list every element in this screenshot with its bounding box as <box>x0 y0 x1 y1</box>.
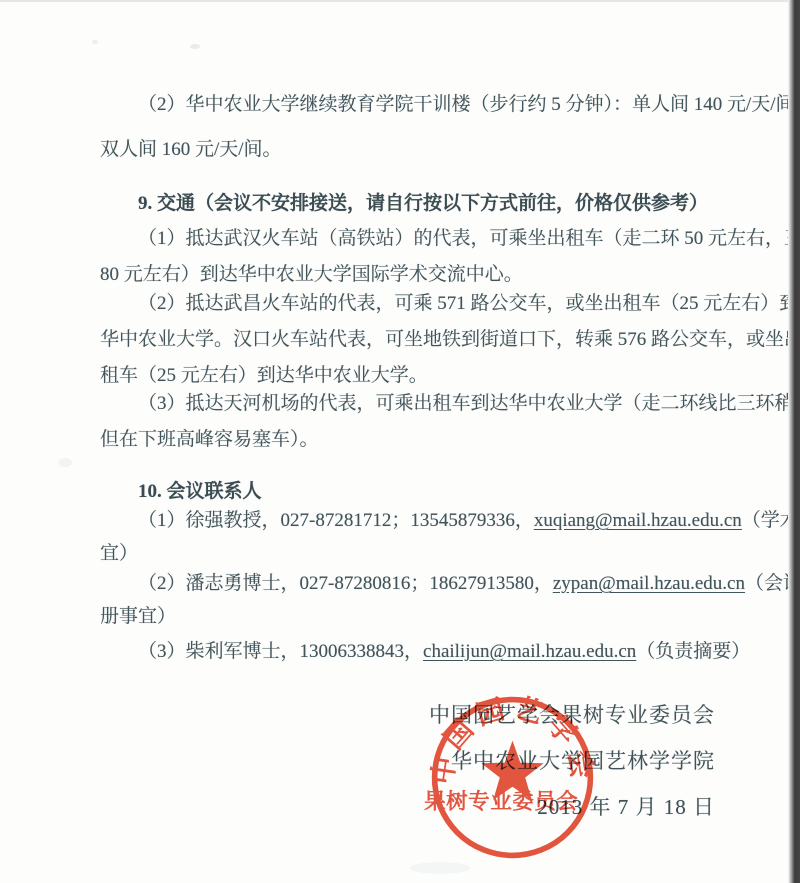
signature-block: 中国园艺学会果树专业委员会 华中农业大学园艺林学学院 2013 年 7 月 18… <box>429 692 715 830</box>
scan-smudge <box>410 862 470 874</box>
accommodation-paragraph: （2）华中农业大学继续教育学院干训楼（步行约 5 分钟）：单人间 140 元/天… <box>100 82 800 172</box>
contact-1: （1）徐强教授，027-87281712；13545879336，xuqiang… <box>100 504 800 570</box>
transport-item-3: （3）抵达天河机场的代表，可乘出租车到达华中农业大学（走二环线比三环稍近， 但在… <box>100 386 800 458</box>
transport-item-1: （1）抵达武汉火车站（高铁站）的代表，可乘坐出租车（走二环 50 元左右，三环 … <box>100 221 800 293</box>
contact-2-line-2: 册事宜） <box>100 600 800 633</box>
contact-3-info: （3）柴利军博士，13006338843， <box>138 641 423 662</box>
accommodation-line-2: 双人间 160 元/天/间。 <box>100 127 800 172</box>
contact-3-role: （负责摘要） <box>636 641 750 662</box>
contact-1-info: （1）徐强教授，027-87281712；13545879336， <box>138 510 534 531</box>
contact-1-line-2: 宜） <box>100 537 800 570</box>
transport-item3-line-2: 但在下班高峰容易塞车）。 <box>100 422 800 458</box>
signature-org-1: 中国园艺学会果树专业委员会 <box>429 692 715 738</box>
transport-item1-line-1: （1）抵达武汉火车站（高铁站）的代表，可乘坐出租车（走二环 50 元左右，三环 <box>100 221 800 257</box>
scan-smudge <box>190 44 200 49</box>
scan-right-edge <box>788 0 800 883</box>
contact-1-email: xuqiang@mail.hzau.edu.cn <box>534 510 742 531</box>
scanned-document-page: （2）华中农业大学继续教育学院干训楼（步行约 5 分钟）：单人间 140 元/天… <box>0 0 800 883</box>
contact-3-email: chailijun@mail.hzau.edu.cn <box>423 641 636 662</box>
transport-item3-line-1: （3）抵达天河机场的代表，可乘出租车到达华中农业大学（走二环线比三环稍近， <box>100 386 800 422</box>
transport-section: 9. 交通（会议不安排接送，请自行按以下方式前往，价格仅供参考） <box>100 186 708 222</box>
transport-item2-line-2: 华中农业大学。汉口火车站代表，可坐地铁到街道口下，转乘 576 路公交车，或坐出 <box>100 322 800 358</box>
contact-3-line-1: （3）柴利军博士，13006338843，chailijun@mail.hzau… <box>100 634 750 670</box>
contact-3: （3）柴利军博士，13006338843，chailijun@mail.hzau… <box>100 634 750 670</box>
scan-top-edge <box>0 0 800 2</box>
transport-item-2: （2）抵达武昌火车站的代表，可乘 571 路公交车，或坐出租车（25 元左右）到… <box>100 286 800 394</box>
transport-item2-line-1: （2）抵达武昌火车站的代表，可乘 571 路公交车，或坐出租车（25 元左右）到… <box>100 286 800 322</box>
signature-org-2: 华中农业大学园艺林学学院 <box>429 738 715 784</box>
scan-smudge <box>58 458 72 467</box>
contact-2-email: zypan@mail.hzau.edu.cn <box>553 573 745 594</box>
transport-heading: 9. 交通（会议不安排接送，请自行按以下方式前往，价格仅供参考） <box>100 186 708 222</box>
contact-2-line-1: （2）潘志勇博士，027-87280816；18627913580，zypan@… <box>100 567 800 600</box>
accommodation-line-1: （2）华中农业大学继续教育学院干训楼（步行约 5 分钟）：单人间 140 元/天… <box>100 82 800 127</box>
contact-2-info: （2）潘志勇博士，027-87280816；18627913580， <box>138 573 553 594</box>
scan-smudge <box>92 40 98 44</box>
contact-1-line-1: （1）徐强教授，027-87281712；13545879336，xuqiang… <box>100 504 800 537</box>
contact-2: （2）潘志勇博士，027-87280816；18627913580，zypan@… <box>100 567 800 633</box>
signature-date: 2013 年 7 月 18 日 <box>429 784 715 830</box>
